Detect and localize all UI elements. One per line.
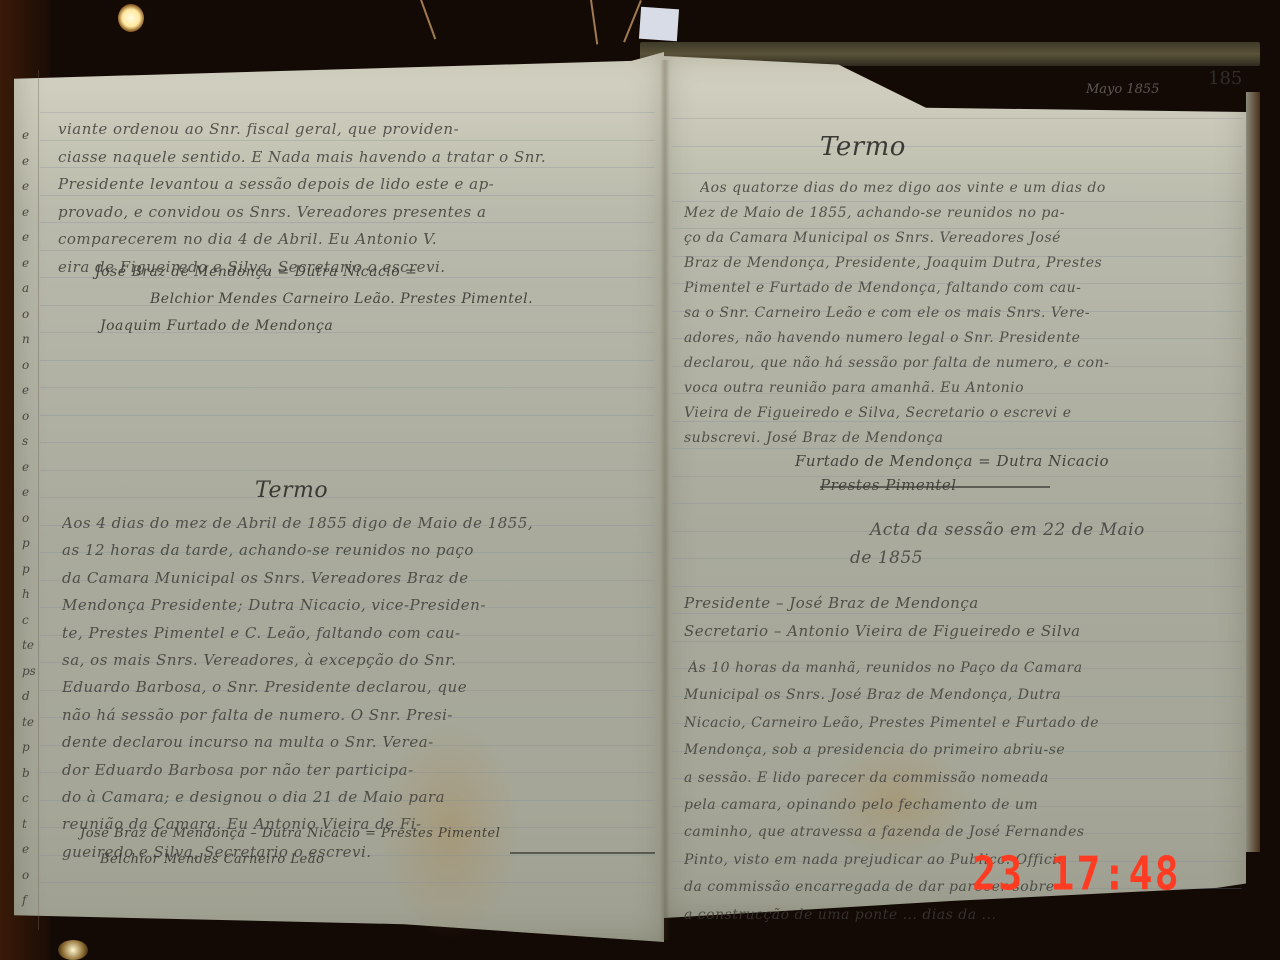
- handwritten-line: dente declarou incurso na multa o Snr. V…: [62, 733, 657, 751]
- ruled-line: [672, 558, 1242, 559]
- signature-line: Furtado de Mendonça = Dutra Nicacio: [795, 452, 1109, 470]
- binding-string: [590, 0, 598, 45]
- handwritten-line: Mendonça, sob a presidencia do primeiro …: [684, 742, 1239, 758]
- margin-annotation: e: [22, 383, 29, 397]
- margin-annotation: c: [22, 791, 29, 805]
- margin-annotation: e: [22, 460, 29, 474]
- margin-annotation: h: [22, 587, 30, 601]
- handwritten-line: declarou, que não há sessão por falta de…: [684, 355, 1244, 371]
- handwritten-line: dor Eduardo Barbosa por não ter particip…: [62, 761, 657, 779]
- handwritten-line: provado, e convidou os Snrs. Vereadores …: [58, 203, 658, 221]
- handwritten-line: Aos quatorze dias do mez digo aos vinte …: [700, 180, 1260, 196]
- signature-line: Belchior Mendes Carneiro Leão: [100, 852, 324, 867]
- margin-annotation: p: [22, 536, 30, 550]
- signature-line: José Braz de Mendonça – Dutra Nicacio = …: [80, 826, 500, 841]
- ruled-line: [672, 586, 1242, 587]
- margin-annotation: b: [22, 766, 30, 780]
- ruled-line: [40, 470, 655, 471]
- ruled-line: [672, 476, 1242, 477]
- handwritten-line: não há sessão por falta de numero. O Snr…: [62, 706, 657, 724]
- lamp-light: [118, 4, 144, 32]
- ruled-line: [40, 882, 655, 883]
- officer-line: Presidente – José Braz de Mendonça: [684, 594, 979, 612]
- margin-annotation: s: [22, 434, 28, 448]
- ruled-line: [672, 118, 1242, 119]
- left-heading: Termo: [255, 478, 328, 503]
- handwritten-line: sa, os mais Snrs. Vereadores, à excepção…: [62, 651, 657, 669]
- handwritten-line: subscrevi. José Braz de Mendonça: [684, 430, 1244, 446]
- ruled-line: [672, 448, 1242, 449]
- pencil-annotation: Mayo 1855: [1086, 82, 1159, 97]
- ruled-line: [40, 140, 655, 141]
- margin-annotation: e: [22, 842, 29, 856]
- margin-line: [38, 70, 39, 930]
- handwritten-line: adores, não havendo numero legal o Snr. …: [684, 330, 1244, 346]
- ruled-line: [40, 250, 655, 251]
- margin-annotation: e: [22, 485, 29, 499]
- ruled-line: [672, 228, 1242, 229]
- ruled-line: [672, 201, 1242, 202]
- ruled-line: [40, 387, 655, 388]
- handwritten-line: pela camara, opinando pelo fechamento de…: [684, 797, 1239, 813]
- margin-annotation: e: [22, 230, 29, 244]
- handwritten-line: Eduardo Barbosa, o Snr. Presidente decla…: [62, 678, 657, 696]
- margin-annotation: f: [22, 893, 26, 907]
- ruled-line: [40, 497, 655, 498]
- ruled-line: [40, 195, 655, 196]
- right-heading: Termo: [820, 132, 906, 162]
- ruled-line: [40, 415, 655, 416]
- handwritten-line: Mendonça Presidente; Dutra Nicacio, vice…: [62, 596, 657, 614]
- ruled-line: [672, 503, 1242, 504]
- signature-line: Belchior Mendes Carneiro Leão. Prestes P…: [150, 291, 533, 307]
- margin-annotation: e: [22, 128, 29, 142]
- ruled-line: [672, 641, 1242, 642]
- handwritten-line: do à Camara; e designou o dia 21 de Maio…: [62, 788, 657, 806]
- margin-annotation: o: [22, 511, 29, 525]
- ruled-line: [40, 360, 655, 361]
- handwritten-line: Presidente levantou a sessão depois de l…: [58, 175, 658, 193]
- ruled-line: [40, 112, 655, 113]
- ruled-line: [672, 613, 1242, 614]
- margin-annotation: p: [22, 740, 30, 754]
- signature-flourish: [510, 852, 655, 854]
- margin-annotation: te: [22, 638, 34, 652]
- handwritten-line: ço da Camara Municipal os Snrs. Vereador…: [684, 230, 1244, 246]
- handwritten-line: a sessão. E lido parecer da commissão no…: [684, 770, 1239, 786]
- page-number: 185: [1208, 68, 1242, 89]
- page-stack-edge: [1246, 92, 1260, 852]
- ruled-line: [40, 167, 655, 168]
- handwritten-line: Aos 4 dias do mez de Abril de 1855 digo …: [62, 514, 657, 532]
- handwritten-line: Mez de Maio de 1855, achando-se reunidos…: [684, 205, 1244, 221]
- handwritten-line: as 12 horas da tarde, achando-se reunido…: [62, 541, 657, 559]
- acta-title-line: de 1855: [850, 548, 923, 568]
- handwritten-line: a construcção de uma ponte ... dias da .…: [684, 907, 1239, 923]
- ruled-line: [40, 222, 655, 223]
- margin-annotation: ps: [22, 664, 36, 678]
- paper-scrap: [639, 7, 679, 42]
- lamp-light-bottom: [58, 940, 88, 960]
- handwritten-line: comparecerem no dia 4 de Abril. Eu Anton…: [58, 230, 658, 248]
- handwritten-line: Nicacio, Carneiro Leão, Prestes Pimentel…: [684, 715, 1239, 731]
- acta-title-line: Acta da sessão em 22 de Maio: [870, 520, 1145, 540]
- officer-line: Secretario – Antonio Vieira de Figueired…: [684, 622, 1081, 640]
- handwritten-line: Às 10 horas da manhã, reunidos no Paço d…: [688, 660, 1243, 676]
- margin-annotation: c: [22, 613, 29, 627]
- ruled-line: [672, 146, 1242, 147]
- margin-annotation: te: [22, 715, 34, 729]
- handwritten-line: Vieira de Figueiredo e Silva, Secretario…: [684, 405, 1244, 421]
- margin-annotation: e: [22, 256, 29, 270]
- handwritten-line: sa o Snr. Carneiro Leão e com ele os mai…: [684, 305, 1244, 321]
- handwritten-line: Braz de Mendonça, Presidente, Joaquim Du…: [684, 255, 1244, 271]
- handwritten-line: Municipal os Snrs. José Braz de Mendonça…: [684, 687, 1239, 703]
- margin-annotation: o: [22, 409, 29, 423]
- margin-annotation: a: [22, 281, 29, 295]
- margin-annotation: o: [22, 358, 29, 372]
- handwritten-line: te, Prestes Pimentel e C. Leão, faltando…: [62, 624, 657, 642]
- signature-line: Joaquim Furtado de Mendonça: [100, 318, 333, 334]
- handwritten-line: caminho, que atravessa a fazenda de José…: [684, 824, 1239, 840]
- book-gutter: [660, 60, 670, 940]
- margin-annotation: e: [22, 179, 29, 193]
- margin-annotation: e: [22, 205, 29, 219]
- margin-annotation: p: [22, 562, 30, 576]
- handwritten-line: voca outra reunião para amanhã. Eu Anton…: [684, 380, 1244, 396]
- ruled-line: [672, 173, 1242, 174]
- signature-line: Prestes Pimentel: [820, 476, 957, 494]
- signature-flourish: [820, 486, 1050, 488]
- handwritten-line: da Camara Municipal os Snrs. Vereadores …: [62, 569, 657, 587]
- ruled-line: [40, 442, 655, 443]
- margin-annotation: o: [22, 307, 29, 321]
- margin-annotation: t: [22, 817, 27, 831]
- handwritten-line: Pimentel e Furtado de Mendonça, faltando…: [684, 280, 1244, 296]
- margin-annotation: o: [22, 868, 29, 882]
- margin-annotation: n: [22, 332, 30, 346]
- camera-timestamp: 23 17:48: [972, 848, 1181, 901]
- signature-line: José Braz de Mendonça = Dutra Nicacio =: [95, 264, 417, 280]
- handwritten-line: ciasse naquele sentido. E Nada mais have…: [58, 148, 658, 166]
- handwritten-line: viante ordenou ao Snr. fiscal geral, que…: [58, 120, 658, 138]
- binding-string: [420, 0, 436, 39]
- margin-annotation: d: [22, 689, 30, 703]
- margin-annotation: e: [22, 154, 29, 168]
